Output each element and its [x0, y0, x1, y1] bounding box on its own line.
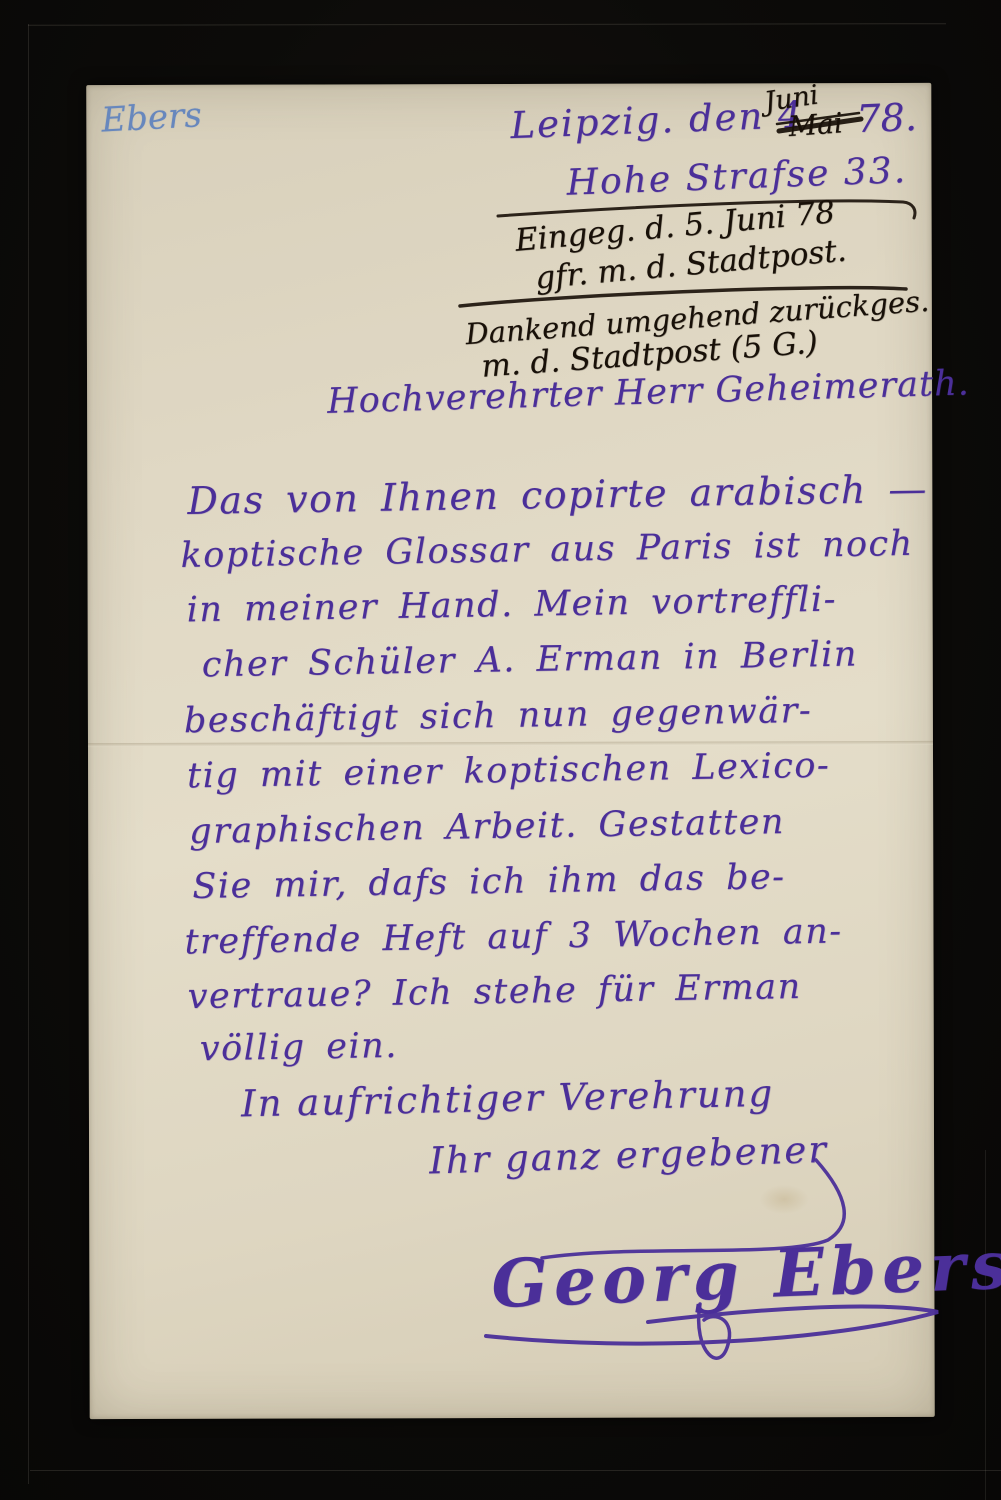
- body-line: tig mit einer koptischen Lexico-: [187, 749, 831, 795]
- body-line: treffende Heft auf 3 Wochen an-: [184, 915, 843, 961]
- mount-edge-right: [985, 1150, 986, 1500]
- body-line: Das von Ihnen copirte arabisch —: [187, 470, 928, 520]
- archivist-annotation: Ebers: [100, 98, 202, 137]
- mount-edge-left: [28, 24, 29, 1484]
- closing-line-2: Ihr ganz ergebener: [429, 1131, 829, 1179]
- dateline-year: 78.: [856, 98, 918, 138]
- body-line: Sie mir, dafs ich ihm das be-: [192, 860, 786, 905]
- dateline-place-date: Leipzig. den 4: [510, 96, 804, 144]
- letter-page: Ebers Leipzig. den 4 Juni Mai 78. Hohe S…: [86, 83, 934, 1419]
- signature: Georg Ebers: [490, 1232, 1001, 1318]
- mount-edge-top: [28, 23, 946, 26]
- salutation: Hochverehrter Herr Geheimerath.: [327, 366, 970, 419]
- dateline-address: Hohe Strafse 33.: [566, 153, 908, 202]
- closing-line-1: In aufrichtiger Verehrung: [241, 1075, 775, 1123]
- mount-edge-bottom: [30, 1470, 1001, 1471]
- body-line: graphischen Arbeit. Gestatten: [189, 805, 785, 850]
- body-line: vertraue? Ich stehe für Erman: [187, 970, 801, 1015]
- body-line: völlig ein.: [200, 1029, 399, 1067]
- body-line: koptische Glossar aus Paris ist noch: [180, 527, 914, 574]
- paper-stain: [749, 1178, 819, 1220]
- body-line: cher Schüler A. Erman in Berlin: [202, 638, 859, 684]
- body-line: in meiner Hand. Mein vortreffli-: [186, 583, 837, 629]
- dateline-month-struck: Mai: [787, 109, 843, 141]
- photograph-of-letter: Ebers Leipzig. den 4 Juni Mai 78. Hohe S…: [0, 0, 1001, 1500]
- body-line: beschäftigt sich nun gegenwär-: [184, 694, 813, 739]
